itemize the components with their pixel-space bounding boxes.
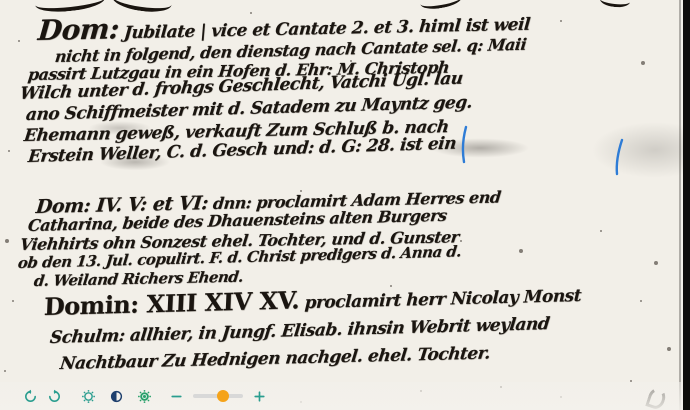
zoom-in-icon <box>253 390 266 403</box>
ink-specks <box>0 0 2 2</box>
image-viewer: Dom: Jubilate | vice et Cantate 2. et 3.… <box>0 0 690 410</box>
saturation-icon <box>137 389 152 404</box>
page-edge-shadow <box>683 0 690 410</box>
zoom-slider-handle[interactable] <box>217 390 229 402</box>
contrast-button[interactable] <box>108 388 124 404</box>
brightness-icon <box>81 389 96 404</box>
image-toolbar <box>0 382 683 410</box>
page-edge-smear <box>679 0 681 410</box>
rotate-ccw-button[interactable] <box>22 388 38 404</box>
contrast-icon <box>109 389 124 404</box>
cutoff-flourish <box>599 0 630 9</box>
brightness-button[interactable] <box>80 388 96 404</box>
blue-pen-mark <box>617 140 622 174</box>
blue-pen-mark <box>463 127 466 162</box>
zoom-out-button[interactable] <box>168 388 184 404</box>
rotate-ccw-icon <box>23 389 38 404</box>
rotate-cw-button[interactable] <box>46 388 62 404</box>
zoom-slider[interactable] <box>193 389 243 403</box>
manuscript-line: Nachtbaur Zu Hednigen nachgel. ehel. Toc… <box>59 343 491 374</box>
zoom-out-icon <box>170 390 183 403</box>
rotate-cw-icon <box>47 389 62 404</box>
saturation-button[interactable] <box>136 388 152 404</box>
zoom-in-button[interactable] <box>251 388 267 404</box>
